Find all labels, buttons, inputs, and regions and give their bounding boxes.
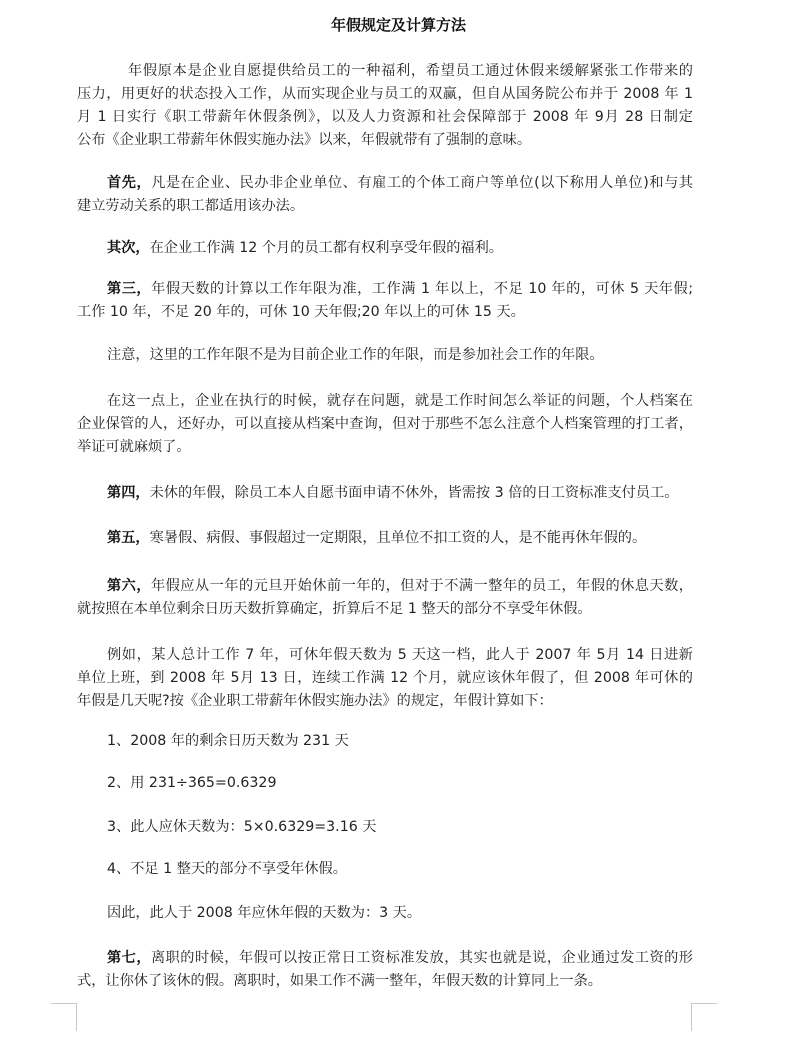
paragraph-text: 举证可就麻烦了。 bbox=[77, 439, 191, 455]
paragraph-text: 4、不足 1 整天的部分不享受年休假。 bbox=[107, 861, 347, 877]
paragraph-line: 年假是几天呢?按《企业职工带薪年休假实施办法》的规定，年假计算如下： bbox=[77, 690, 693, 713]
paragraph-lead: 第六， bbox=[107, 578, 151, 594]
paragraph-text: 寒暑假、病假、事假超过一定期限，且单位不扣工资的人，是不能再休年假的。 bbox=[150, 530, 647, 546]
paragraph-fourth: 第四，未休的年假，除员工本人自愿书面申请不休外，皆需按 3 倍的日工资标准支付员… bbox=[77, 482, 693, 505]
paragraph-line: 第六，年假应从一年的元旦开始休前一年的，但对于不满一整年的员工，年假的休息天数， bbox=[77, 575, 693, 598]
paragraph-text: 未休的年假，除员工本人自愿书面申请不休外，皆需按 3 倍的日工资标准支付员工。 bbox=[150, 485, 679, 501]
paragraph-text: 注意，这里的工作年限不是为目前企业工作的年限，而是参加社会工作的年限。 bbox=[107, 347, 604, 363]
document-title: 年假规定及计算方法 bbox=[0, 14, 797, 35]
paragraph-text: 式，让你休了该休的假。离职时，如果工作不满一整年，年假天数的计算同上一条。 bbox=[77, 973, 602, 989]
paragraph-line: 4、不足 1 整天的部分不享受年休假。 bbox=[77, 858, 693, 881]
paragraph-text: 凡是在企业、民办非企业单位、有雇工的个体工商户等单位(以下称用人单位)和与其 bbox=[151, 175, 693, 191]
paragraph-second: 其次，在企业工作满 12 个月的员工都有权利享受年假的福利。 bbox=[77, 237, 693, 260]
paragraph-text: 在这一点上，企业在执行的时候，就存在问题，就是工作时间怎么举证的问题，个人档案在 bbox=[107, 393, 693, 409]
paragraph-step1: 1、2008 年的剩余日历天数为 231 天 bbox=[77, 730, 693, 753]
paragraph-third: 第三，年假天数的计算以工作年限为准，工作满 1 年以上，不足 10 年的，可休 … bbox=[77, 278, 693, 324]
paragraph-intro: 年假原本是企业自愿提供给员工的一种福利，希望员工通过休假来缓解紧张工作带来的压力… bbox=[77, 60, 693, 152]
paragraph-text: 公布《企业职工带薪年休假实施办法》以来，年假就带有了强制的意味。 bbox=[77, 132, 531, 148]
paragraph-line: 第五，寒暑假、病假、事假超过一定期限，且单位不扣工资的人，是不能再休年假的。 bbox=[77, 527, 693, 550]
paragraph-step4: 4、不足 1 整天的部分不享受年休假。 bbox=[77, 858, 693, 881]
paragraph-text: 就按照在本单位剩余日历天数折算确定，折算后不足 1 整天的部分不享受年休假。 bbox=[77, 601, 592, 617]
paragraph-text: 建立劳动关系的职工都适用该办法。 bbox=[77, 198, 304, 214]
paragraph-point: 在这一点上，企业在执行的时候，就存在问题，就是工作时间怎么举证的问题，个人档案在… bbox=[77, 390, 693, 459]
paragraph-lead: 第三， bbox=[107, 281, 151, 297]
paragraph-text: 年假原本是企业自愿提供给员工的一种福利，希望员工通过休假来缓解紧张工作带来的 bbox=[128, 63, 693, 79]
paragraph-line: 1、2008 年的剩余日历天数为 231 天 bbox=[77, 730, 693, 753]
paragraph-line: 工作 10 年，不足 20 年的，可休 10 天年假;20 年以上的可休 15 … bbox=[77, 301, 693, 324]
paragraph-text: 3、此人应休天数为：5×0.6329=3.16 天 bbox=[107, 819, 376, 835]
paragraph-lead: 第四， bbox=[107, 485, 150, 501]
paragraph-text: 单位上班，到 2008 年 5月 13 日，连续工作满 12 个月，就应该休年假… bbox=[77, 670, 693, 686]
paragraph-line: 首先，凡是在企业、民办非企业单位、有雇工的个体工商户等单位(以下称用人单位)和与… bbox=[77, 172, 693, 195]
paragraph-line: 第三，年假天数的计算以工作年限为准，工作满 1 年以上，不足 10 年的，可休 … bbox=[77, 278, 693, 301]
paragraph-seventh: 第七，离职的时候，年假可以按正常日工资标准发放，其实也就是说，企业通过发工资的形… bbox=[77, 947, 693, 993]
page-corner-mark-right bbox=[691, 1003, 717, 1031]
paragraph-line: 在这一点上，企业在执行的时候，就存在问题，就是工作时间怎么举证的问题，个人档案在 bbox=[77, 390, 693, 413]
paragraph-text: 1、2008 年的剩余日历天数为 231 天 bbox=[107, 733, 349, 749]
paragraph-sixth: 第六，年假应从一年的元旦开始休前一年的，但对于不满一整年的员工，年假的休息天数，… bbox=[77, 575, 693, 621]
paragraph-lead: 第五， bbox=[107, 530, 150, 546]
paragraph-line: 公布《企业职工带薪年休假实施办法》以来，年假就带有了强制的意味。 bbox=[77, 129, 693, 152]
paragraph-line: 年假原本是企业自愿提供给员工的一种福利，希望员工通过休假来缓解紧张工作带来的 bbox=[77, 60, 693, 83]
paragraph-text: 在企业工作满 12 个月的员工都有权利享受年假的福利。 bbox=[150, 240, 503, 256]
paragraph-step2: 2、用 231÷365=0.6329 bbox=[77, 772, 693, 795]
paragraph-line: 式，让你休了该休的假。离职时，如果工作不满一整年，年假天数的计算同上一条。 bbox=[77, 970, 693, 993]
paragraph-text: 例如，某人总计工作 7 年，可休年假天数为 5 天这一档，此人于 2007 年 … bbox=[107, 647, 693, 663]
paragraph-line: 注意，这里的工作年限不是为目前企业工作的年限，而是参加社会工作的年限。 bbox=[77, 344, 693, 367]
paragraph-text: 年假应从一年的元旦开始休前一年的，但对于不满一整年的员工，年假的休息天数， bbox=[151, 578, 693, 594]
paragraph-line: 3、此人应休天数为：5×0.6329=3.16 天 bbox=[77, 816, 693, 839]
paragraph-lead: 第七， bbox=[107, 950, 151, 966]
paragraph-line: 第七，离职的时候，年假可以按正常日工资标准发放，其实也就是说，企业通过发工资的形 bbox=[77, 947, 693, 970]
paragraph-step3: 3、此人应休天数为：5×0.6329=3.16 天 bbox=[77, 816, 693, 839]
paragraph-line: 企业保管的人，还好办，可以直接从档案中查询，但对于那些不怎么注意个人档案管理的打… bbox=[77, 413, 693, 436]
paragraph-lead: 其次， bbox=[107, 240, 150, 256]
paragraph-line: 压力，用更好的状态投入工作，从而实现企业与员工的双赢，但自从国务院公布并于 20… bbox=[77, 83, 693, 106]
paragraph-line: 单位上班，到 2008 年 5月 13 日，连续工作满 12 个月，就应该休年假… bbox=[77, 667, 693, 690]
paragraph-text: 压力，用更好的状态投入工作，从而实现企业与员工的双赢，但自从国务院公布并于 20… bbox=[77, 86, 693, 102]
paragraph-line: 建立劳动关系的职工都适用该办法。 bbox=[77, 195, 693, 218]
paragraph-line: 因此，此人于 2008 年应休年假的天数为：3 天。 bbox=[77, 902, 693, 925]
paragraph-text: 年假天数的计算以工作年限为准，工作满 1 年以上，不足 10 年的，可休 5 天… bbox=[151, 281, 693, 297]
paragraph-line: 月 1 日实行《职工带薪年休假条例》，以及人力资源和社会保障部于 2008 年 … bbox=[77, 106, 693, 129]
paragraph-text: 企业保管的人，还好办，可以直接从档案中查询，但对于那些不怎么注意个人档案管理的打… bbox=[77, 416, 693, 432]
paragraph-conclusion: 因此，此人于 2008 年应休年假的天数为：3 天。 bbox=[77, 902, 693, 925]
page-corner-mark-left bbox=[51, 1003, 77, 1031]
paragraph-line: 第四，未休的年假，除员工本人自愿书面申请不休外，皆需按 3 倍的日工资标准支付员… bbox=[77, 482, 693, 505]
paragraph-text: 月 1 日实行《职工带薪年休假条例》，以及人力资源和社会保障部于 2008 年 … bbox=[77, 109, 693, 125]
paragraph-text: 工作 10 年，不足 20 年的，可休 10 天年假;20 年以上的可休 15 … bbox=[77, 304, 525, 320]
paragraph-example: 例如，某人总计工作 7 年，可休年假天数为 5 天这一档，此人于 2007 年 … bbox=[77, 644, 693, 713]
paragraph-text: 因此，此人于 2008 年应休年假的天数为：3 天。 bbox=[107, 905, 421, 921]
paragraph-line: 其次，在企业工作满 12 个月的员工都有权利享受年假的福利。 bbox=[77, 237, 693, 260]
paragraph-text: 年假是几天呢?按《企业职工带薪年休假实施办法》的规定，年假计算如下： bbox=[77, 693, 553, 709]
paragraph-fifth: 第五，寒暑假、病假、事假超过一定期限，且单位不扣工资的人，是不能再休年假的。 bbox=[77, 527, 693, 550]
paragraph-line: 2、用 231÷365=0.6329 bbox=[77, 772, 693, 795]
paragraph-lead: 首先， bbox=[107, 175, 151, 191]
paragraph-line: 就按照在本单位剩余日历天数折算确定，折算后不足 1 整天的部分不享受年休假。 bbox=[77, 598, 693, 621]
paragraph-text: 离职的时候，年假可以按正常日工资标准发放，其实也就是说，企业通过发工资的形 bbox=[151, 950, 693, 966]
paragraph-text: 2、用 231÷365=0.6329 bbox=[107, 775, 277, 791]
paragraph-line: 举证可就麻烦了。 bbox=[77, 436, 693, 459]
paragraph-line: 例如，某人总计工作 7 年，可休年假天数为 5 天这一档，此人于 2007 年 … bbox=[77, 644, 693, 667]
paragraph-note: 注意，这里的工作年限不是为目前企业工作的年限，而是参加社会工作的年限。 bbox=[77, 344, 693, 367]
paragraph-first: 首先，凡是在企业、民办非企业单位、有雇工的个体工商户等单位(以下称用人单位)和与… bbox=[77, 172, 693, 218]
